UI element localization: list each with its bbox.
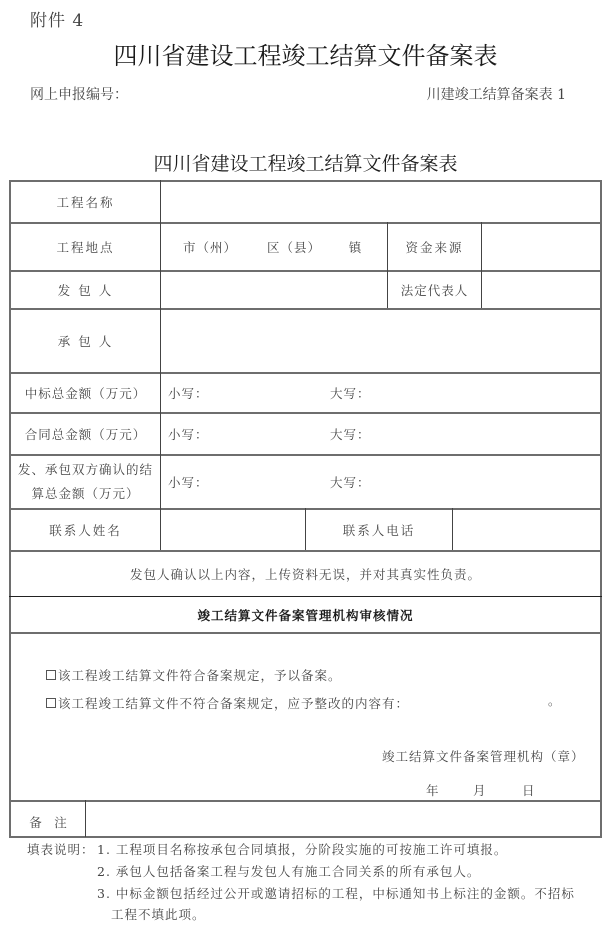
bid-amount-upper-field[interactable] xyxy=(372,374,598,412)
legal-representative-label: 法定代表人 xyxy=(388,272,481,308)
legal-representative-field[interactable] xyxy=(483,272,600,308)
employer-field[interactable] xyxy=(162,272,387,308)
date-month-label: 月 xyxy=(473,781,486,799)
column-divider xyxy=(160,508,161,550)
date-year-label: 年 xyxy=(426,781,439,799)
settlement-amount-upper-field[interactable] xyxy=(372,456,598,508)
attachment-label: 附件 4 xyxy=(30,6,84,31)
agency-stamp-label: 竣工结算文件备案管理机构（章） xyxy=(382,747,585,765)
project-name-label: 工程名称 xyxy=(11,182,160,222)
reject-checkbox[interactable] xyxy=(46,698,56,708)
contract-amount-upper-field[interactable] xyxy=(372,414,598,454)
fund-source-label: 资金来源 xyxy=(388,224,481,270)
rectification-content-field[interactable] xyxy=(420,692,550,712)
review-section-title: 竣工结算文件备案管理机构审核情况 xyxy=(11,597,600,632)
approve-option-text: 该工程竣工结算文件符合备案规定，予以备案。 xyxy=(58,666,342,684)
contact-name-field[interactable] xyxy=(162,510,305,550)
column-divider xyxy=(481,222,482,308)
column-divider xyxy=(452,508,453,550)
instruction-item-1: 1. 工程项目名称按承包合同填报，分阶段实施的可按施工许可填报。 xyxy=(97,840,507,858)
instruction-item-3: 3. 中标金额包括经过公开或邀请招标的工程，中标通知书上标注的金额。不招标 xyxy=(97,884,575,902)
contact-name-label: 联系人姓名 xyxy=(11,510,160,550)
table-border-bottom xyxy=(9,836,602,838)
remarks-label: 备 注 xyxy=(11,808,85,836)
row-divider xyxy=(9,632,602,634)
contact-phone-field[interactable] xyxy=(454,510,600,550)
reject-option-end: 。 xyxy=(548,692,560,709)
approve-option[interactable]: 该工程竣工结算文件符合备案规定，予以备案。 xyxy=(46,666,342,684)
reject-option[interactable]: 该工程竣工结算文件不符合备案规定，应予整改的内容有： xyxy=(46,694,409,712)
form-code: 川建竣工结算备案表 1 xyxy=(427,84,566,104)
column-divider xyxy=(160,180,161,508)
contact-phone-label: 联系人电话 xyxy=(306,510,452,550)
bid-amount-lower-field[interactable] xyxy=(210,374,320,412)
project-name-field[interactable] xyxy=(162,182,600,222)
bid-amount-label: 中标总金额（万元） xyxy=(11,374,160,412)
approve-checkbox[interactable] xyxy=(46,670,56,680)
table-title: 四川省建设工程竣工结算文件备案表 xyxy=(0,149,611,176)
contract-amount-lower-field[interactable] xyxy=(210,414,320,454)
instructions-label: 填表说明： xyxy=(27,840,95,858)
district-label: 区（县） xyxy=(264,224,324,270)
date-day-label: 日 xyxy=(522,781,535,799)
town-label: 镇 xyxy=(346,224,366,270)
instruction-item-2: 2. 承包人包括备案工程与发包人有施工合同关系的所有承包人。 xyxy=(97,862,480,880)
remarks-field[interactable] xyxy=(87,802,600,836)
settlement-amount-label-line1: 发、承包双方确认的结 xyxy=(18,458,153,482)
fund-source-field[interactable] xyxy=(483,224,600,270)
contractor-label: 承 包 人 xyxy=(11,310,160,372)
reject-option-text: 该工程竣工结算文件不符合备案规定，应予整改的内容有： xyxy=(58,694,409,712)
employer-confirmation-text: 发包人确认以上内容，上传资料无误，并对其真实性负责。 xyxy=(11,552,600,596)
contractor-field[interactable] xyxy=(162,310,600,372)
city-label: 市（州） xyxy=(180,224,240,270)
contract-amount-label: 合同总金额（万元） xyxy=(11,414,160,454)
project-location-label: 工程地点 xyxy=(11,224,160,270)
instruction-item-3-continued: 工程不填此项。 xyxy=(111,905,206,923)
page-title: 四川省建设工程竣工结算文件备案表 xyxy=(0,36,611,71)
settlement-amount-lower-field[interactable] xyxy=(210,456,320,508)
settlement-amount-label: 发、承包双方确认的结 算总金额（万元） xyxy=(11,456,160,508)
online-report-number-label: 网上申报编号： xyxy=(30,84,128,104)
column-divider xyxy=(85,800,86,837)
employer-label: 发 包 人 xyxy=(11,272,160,308)
settlement-amount-label-line2: 算总金额（万元） xyxy=(31,482,139,506)
